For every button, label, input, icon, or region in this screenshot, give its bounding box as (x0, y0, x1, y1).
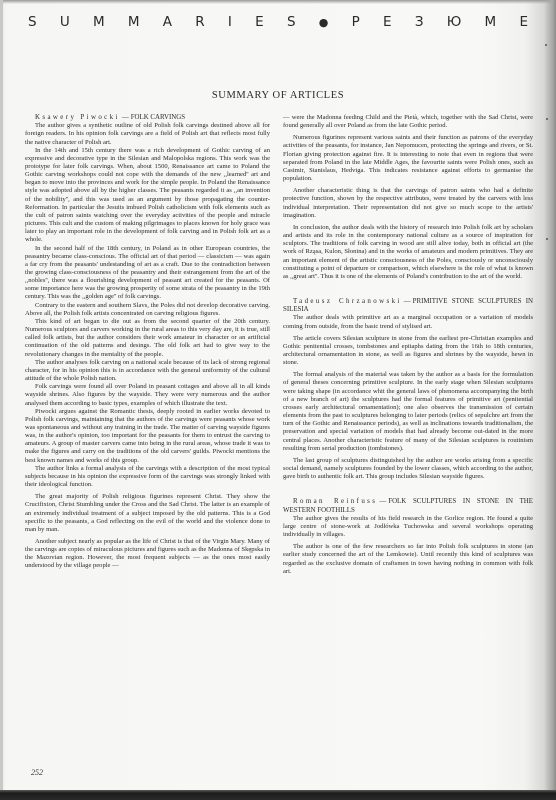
running-head-letter: Ю (447, 14, 462, 30)
page-top-shadow (0, 0, 556, 4)
article-heading: Ksawery Piwocki—FOLK CARVINGS (25, 114, 270, 122)
running-head-letter: Е (383, 14, 392, 30)
paragraph: Another subject nearly as popular as the… (25, 538, 270, 571)
paragraph: — were the Madonna feeding Child and the… (283, 114, 533, 130)
section-title: SUMMARY OF ARTICLES (0, 90, 556, 101)
paragraph: Piwocki argues against the Romantic thes… (25, 408, 270, 465)
running-head-letter: M (93, 14, 105, 30)
paragraph: In conclusion, the author deals with the… (283, 224, 533, 281)
page-bottom-edge (0, 790, 556, 800)
paragraph: Another characteristic thing is that the… (283, 187, 533, 220)
running-head-letter: U (60, 14, 70, 30)
article-title: FOLK CARVINGS (131, 114, 185, 121)
page-left-edge (0, 0, 3, 790)
paragraph: The formal analysis of the material was … (283, 371, 533, 453)
running-head-letter: E (255, 14, 264, 30)
running-head-letter: Р (352, 14, 360, 30)
running-head-letter: М (485, 14, 497, 30)
article-heading: Tadeusz Chrzanowski—PRIMITIVE STONE SCUL… (283, 298, 533, 314)
paragraph: Folk carvings were found all over Poland… (25, 383, 270, 407)
paragraph: The last group of sculptures distinguish… (283, 457, 533, 481)
paragraph: The author analyses folk carving on a na… (25, 359, 270, 383)
heading-dash: — (379, 498, 386, 505)
running-head-letter: Е (519, 14, 528, 30)
running-head-letter: I (228, 14, 232, 30)
running-head-letter: M (128, 14, 140, 30)
scan-speck (545, 44, 547, 46)
paragraph: The great majority of Polish religious f… (25, 493, 270, 534)
running-head-letter: З (415, 14, 424, 30)
article-author: Roman Reinfuss (293, 498, 377, 505)
article-author: Ksawery Piwocki (35, 114, 120, 121)
bullet-separator-icon: ● (319, 16, 329, 29)
scan-speck (546, 238, 548, 240)
article-author: Tadeusz Chrzanowski (293, 298, 402, 305)
paragraph: The author links a formal analysis of th… (25, 465, 270, 489)
paragraph: The author gives the results of his fiel… (283, 515, 533, 539)
heading-dash: — (122, 114, 129, 121)
paragraph: In the 14th and 15th century there was a… (25, 147, 270, 245)
article-heading: Roman Reinfuss—FOLK SCULPTURES IN STONE … (283, 498, 533, 514)
paragraph: In the second half of the 18th century, … (25, 245, 270, 302)
running-head-letter: S (28, 14, 37, 30)
left-column: Ksawery Piwocki—FOLK CARVINGS The author… (25, 114, 270, 571)
paragraph: Numerous figurines represent various sai… (283, 134, 533, 183)
paragraph: Contrary to the eastern and southern Sla… (25, 302, 270, 318)
page-number: 252 (31, 768, 43, 777)
paragraph: The author deals with primitive art as a… (283, 314, 533, 330)
paragraph: The author is one of the few researchers… (283, 543, 533, 576)
running-head-letter: R (195, 14, 204, 30)
paragraph: The article covers Silesian sculpture in… (283, 335, 533, 368)
heading-dash: — (404, 298, 411, 305)
running-head: S U M M A R I E S ● Р Е З Ю М Е (28, 14, 528, 30)
right-column: — were the Madonna feeding Child and the… (283, 114, 533, 576)
paragraph: This kind of art began to die out as fro… (25, 318, 270, 359)
running-head-letter: S (287, 14, 296, 30)
scan-speck (546, 118, 548, 120)
paragraph: The author gives a synthetic outline of … (25, 122, 270, 146)
scanned-page: S U M M A R I E S ● Р Е З Ю М Е SUMMARY … (0, 0, 556, 800)
running-head-letter: A (163, 14, 172, 30)
